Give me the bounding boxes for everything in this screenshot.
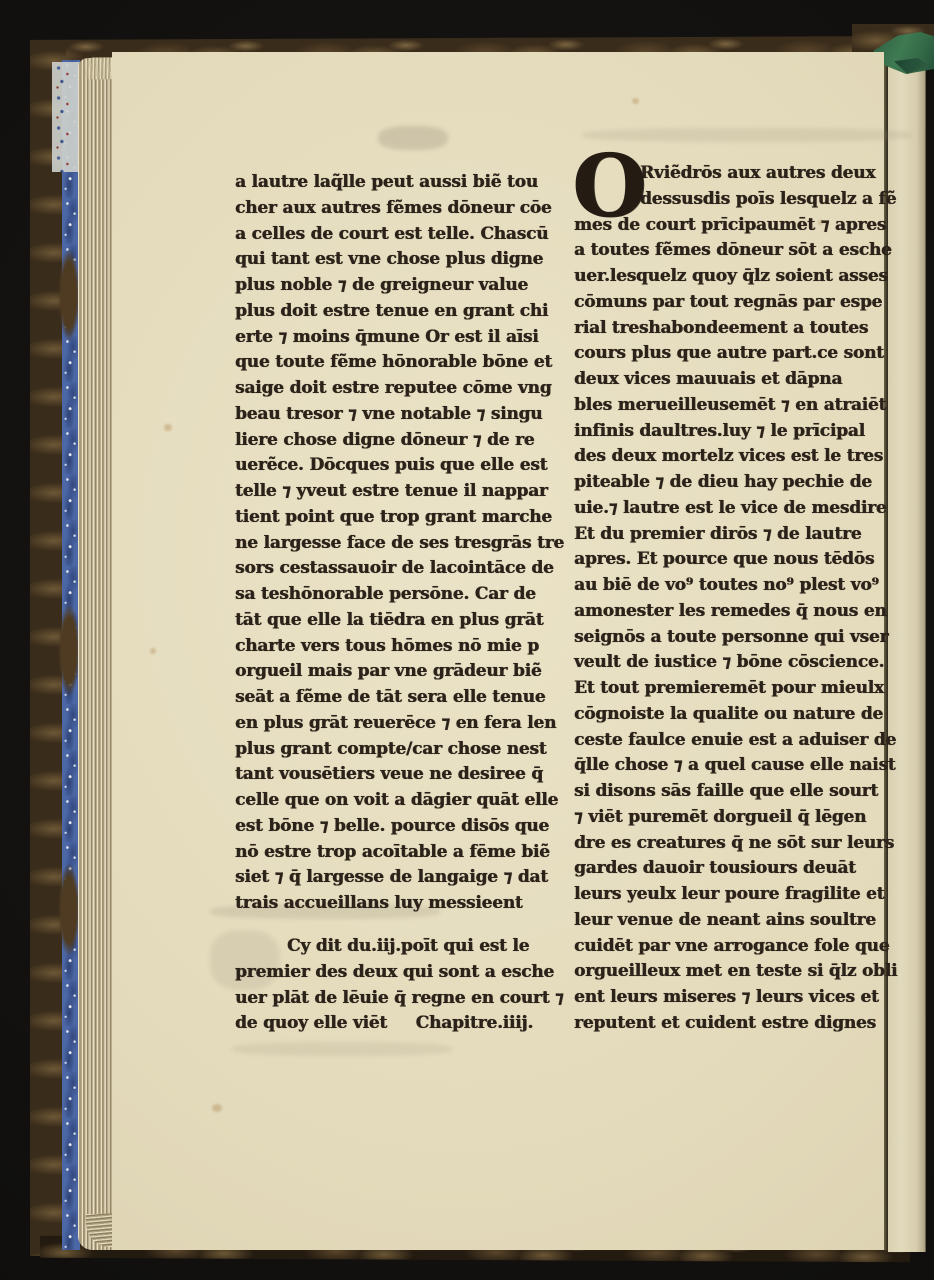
text-line: erte ⁊ moins q̄mune Or est il aīsi [235,325,571,351]
text-line: apres. Et pource que nous tēdōs [574,547,908,573]
text-line: liere chose digne dōneur ⁊ de re [235,428,571,454]
text-line: rial treshabondeement a toutes [574,316,908,342]
text-line: celle que on voit a dāgier quāt elle [235,788,571,814]
text-line: orgueilleux met en teste si q̄lz obli [574,959,908,985]
text-line: uie.⁊ lautre est le vice de mesdire [574,496,908,522]
text-line: Et tout premieremēt pour mieulx [574,676,908,702]
text-line: sors cestassauoir de lacointāce de [235,556,571,582]
text-line: plus noble ⁊ de greigneur value [235,273,571,299]
text-line: tant vousētiers veue ne desiree q̄ [235,762,571,788]
fox-spot [212,1104,222,1112]
right-column-body: mes de court prīcipaumēt ⁊ apresa toutes… [574,213,908,1037]
text-line: tient point que trop grant marche [235,505,571,531]
text-line: Cy dit du.iij.poīt qui est le [235,934,571,960]
text-column-left: a lautre laq̃lle peut aussi biẽ toucher … [235,170,571,917]
text-line: plus doit estre tenue en grant chi [235,299,571,325]
text-column-right: O Rviẽdrōs aux autres deuxdessusdis poīs… [574,161,908,1037]
text-line: trais accueillans luy messieent [235,891,571,917]
text-line: veult de iustice ⁊ bōne cōscience. [574,650,908,676]
text-line: uer.lesquelz quoy q̄lz soient asses [574,264,908,290]
ink-showthrough-smudge [378,126,448,150]
text-line: sa teshōnorable persōne. Car de [235,582,571,608]
drop-cap-initial: O [572,151,647,223]
text-line: nō estre trop acoītable a fēme biẽ [235,840,571,866]
text-line: uerẽce. Dōcques puis que elle est [235,453,571,479]
ink-showthrough-smudge [232,1042,452,1056]
text-line: est bōne ⁊ belle. pource disōs que [235,814,571,840]
text-line: gardes dauoir tousiours deuāt [574,856,908,882]
text-line: de quoy elle viēt Chapitre.iiij. [235,1011,571,1037]
text-line: Et du premier dirōs ⁊ de lautre [574,522,908,548]
text-line: ⁊ viēt puremēt dorgueil q̄ lēgen [574,805,908,831]
text-line: des deux mortelz vices est le tres [574,444,908,470]
text-line: cōgnoiste la qualite ou nature de [574,702,908,728]
text-line: ceste faulce enuie est a aduiser de [574,728,908,754]
text-line: charte vers tous hōmes nō mie p [235,634,571,660]
text-line: dessusdis poīs lesquelz a fẽ [640,187,908,213]
text-line: siet ⁊ q̄ largesse de langaige ⁊ dat [235,865,571,891]
drop-cap-block: O Rviẽdrōs aux autres deuxdessusdis poīs… [640,161,908,213]
text-line: deux vices mauuais et dāpna [574,367,908,393]
fox-spot [150,648,156,654]
text-line: saige doit estre reputee cōme vng [235,376,571,402]
text-line: reputent et cuident estre dignes [574,1011,908,1037]
text-line: cōmuns par tout regnās par espe [574,290,908,316]
text-line: bles merueilleusemēt ⁊ en atraiēt [574,393,908,419]
text-line: cuidēt par vne arrogance fole que [574,934,908,960]
text-line: ne largesse face de ses tresgrās tre [235,531,571,557]
book-page: a lautre laq̃lle peut aussi biẽ toucher … [112,52,884,1250]
text-line: premier des deux qui sont a esche [235,960,571,986]
drop-cap-lines: Rviẽdrōs aux autres deuxdessusdis poīs l… [640,161,908,213]
fox-spot [632,98,639,104]
text-line: tāt que elle la tiēdra en plus grāt [235,608,571,634]
text-line: en plus grāt reuerēce ⁊ en fera len [235,711,571,737]
text-line: si disons sās faille que elle sourt [574,779,908,805]
text-line: a lautre laq̃lle peut aussi biẽ tou [235,170,571,196]
fox-spot [164,424,172,431]
text-line: a toutes fẽmes dōneur sōt a esche [574,238,908,264]
text-line: au biē de vo⁹ toutes no⁹ plest vo⁹ [574,573,908,599]
text-line: amonester les remedes q̄ nous en [574,599,908,625]
text-line: a celles de court est telle. Chascū [235,222,571,248]
text-line: infinis daultres.luy ⁊ le prīcipal [574,419,908,445]
text-line: ent leurs miseres ⁊ leurs vices et [574,985,908,1011]
text-line: telle ⁊ yveut estre tenue il nappar [235,479,571,505]
text-line: seāt a fẽme de tāt sera elle tenue [235,685,571,711]
text-line: cher aux autres fẽmes dōneur cōe [235,196,571,222]
text-line: leurs yeulx leur poure fragilite et [574,882,908,908]
text-line: piteable ⁊ de dieu hay pechie de [574,470,908,496]
text-line: uer plāt de lēuie q̄ regne en court ⁊ [235,986,571,1012]
text-line: que toute fẽme hōnorable bōne et [235,350,571,376]
chapter-heading: Cy dit du.iij.poīt qui est lepremier des… [235,934,571,1037]
text-line: q̄lle chose ⁊ a quel cause elle naist [574,753,908,779]
text-line: beau tresor ⁊ vne notable ⁊ singu [235,402,571,428]
text-line: seignōs a toute personne qui vser [574,625,908,651]
text-line: plus grant compte/car chose nest [235,737,571,763]
text-line: cours plus que autre part.ce sont [574,341,908,367]
text-line: leur venue de neant ains soultre [574,908,908,934]
text-line: orgueil mais par vne grādeur biẽ [235,659,571,685]
text-line: qui tant est vne chose plus digne [235,247,571,273]
text-line: dre es creatures q̄ ne sōt sur leurs [574,831,908,857]
text-line: Rviẽdrōs aux autres deux [640,161,908,187]
